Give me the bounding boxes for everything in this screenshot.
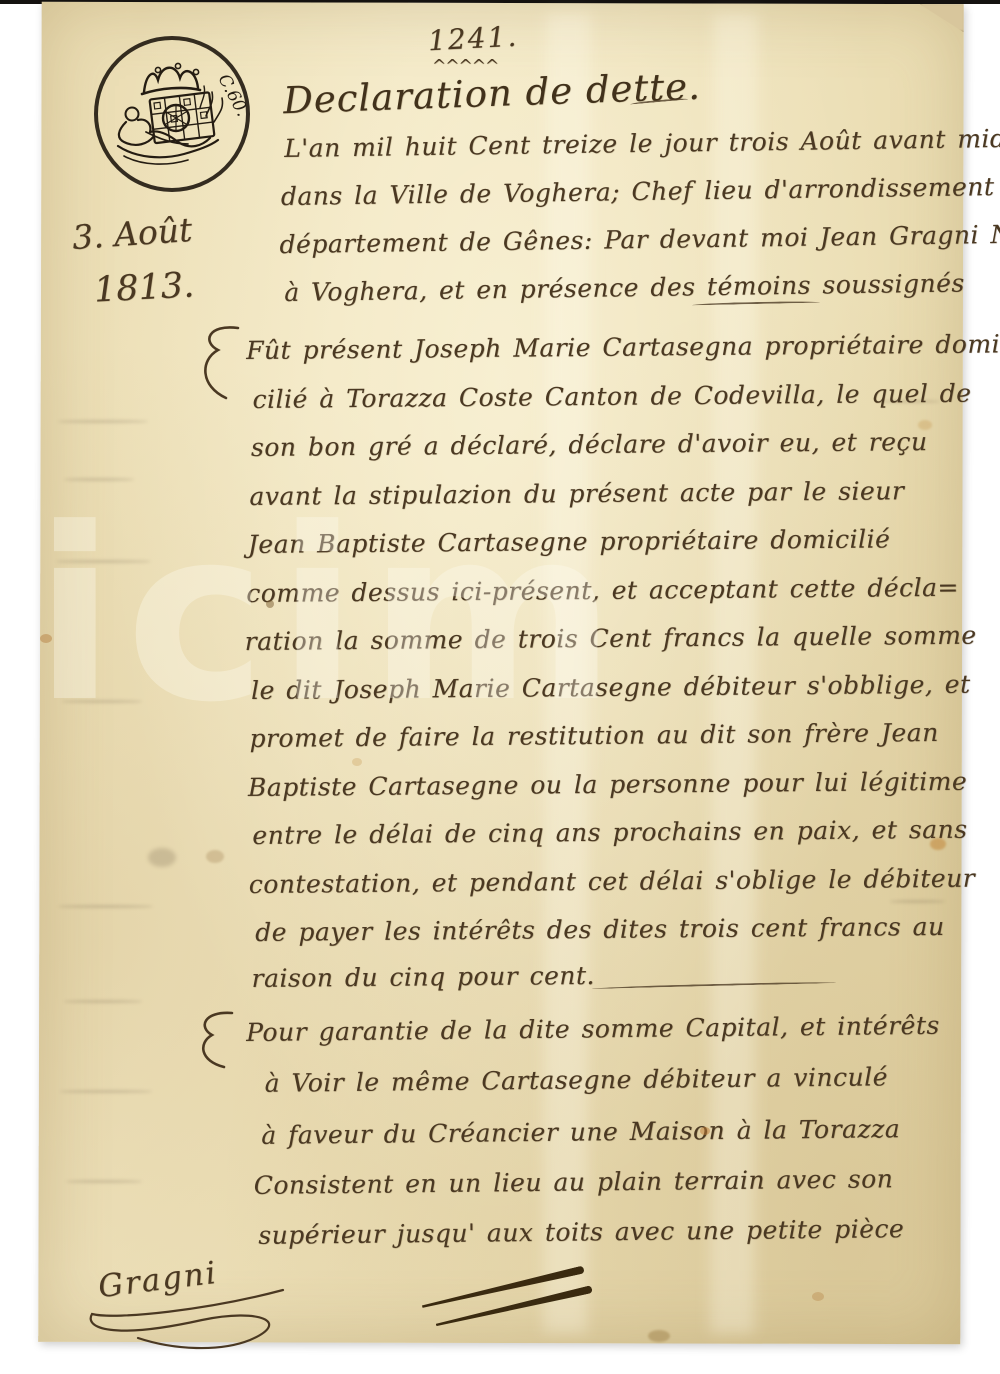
manuscript-line: de payer les intérêts des dites trois ce… [255,912,945,947]
crowned-coat-of-arms-stamp-icon: C.60. [88,26,256,198]
bleedthrough-mark [64,1000,142,1003]
bleedthrough-mark [58,420,148,423]
bleedthrough-mark [890,900,945,903]
foxing-spot [648,1330,670,1342]
foxing-spot [148,848,176,867]
foxing-spot [266,600,274,608]
manuscript-line: Jean Baptiste Cartasegne propriétaire do… [248,524,891,559]
manuscript-line: raison du cinq pour cent. [251,961,595,993]
foxing-spot [352,758,362,766]
bleedthrough-mark [64,478,134,481]
paragraph-bracket-flourish [194,1008,238,1076]
margin-date-year: 1813. [93,265,195,310]
bleedthrough-mark [56,560,151,563]
foxing-spot [812,1292,824,1301]
document-number: 1241. [427,20,519,58]
bleedthrough-mark [66,1180,142,1183]
bleedthrough-mark [60,1090,152,1093]
manuscript-line: comme dessus ici-présent, et acceptant c… [246,573,959,608]
manuscript-line: avant la stipulazion du présent acte par… [249,476,904,511]
foxing-spot [930,838,946,850]
foxing-spot [40,634,52,643]
bleedthrough-mark [62,700,142,703]
manuscript-line: son bon gré a déclaré, déclare d'avoir e… [251,427,928,462]
scanned-document-page: { "page": { "doc_number": "1241.", "doc_… [0,0,1000,1374]
signature-paraph-flourish [78,1278,328,1357]
manuscript-line: promet de faire la restitution au dit so… [249,718,938,753]
torn-corner [920,4,964,32]
foxing-spot [206,850,224,863]
foxing-spot [918,420,932,430]
foxing-spot [700,1127,710,1135]
bleedthrough-mark [880,400,940,403]
paragraph-bracket-flourish [198,322,244,408]
revenue-stamp: C.60. [88,26,256,202]
bleedthrough-mark [58,905,153,908]
